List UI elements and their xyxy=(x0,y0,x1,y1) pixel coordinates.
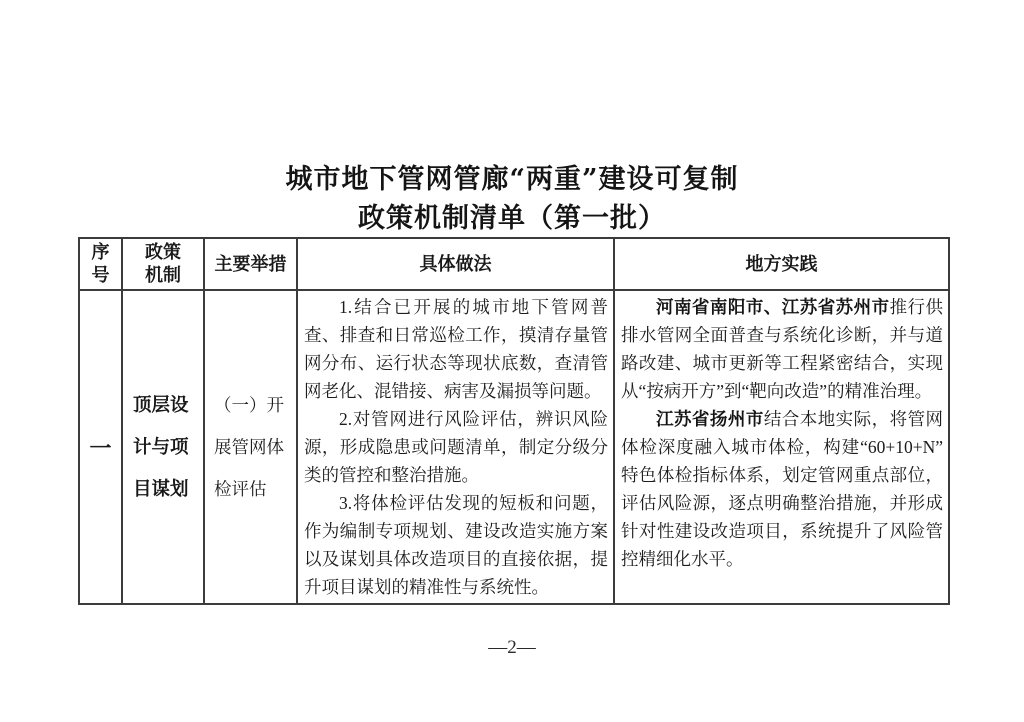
page-number: —2— xyxy=(0,637,1024,659)
column-header-local-practice: 地方实践 xyxy=(614,238,949,290)
cell-local-practice: 河南省南阳市、江苏省苏州市推行供排水管网全面普查与系统化诊断，并与道路改建、城市… xyxy=(614,290,949,604)
local-practice-paragraph-1: 河南省南阳市、江苏省苏州市推行供排水管网全面普查与系统化诊断，并与道路改建、城市… xyxy=(621,293,943,405)
local-practice-paragraph-2: 江苏省扬州市结合本地实际，将管网体检深度融入城市体检，构建“60+10+N”特色… xyxy=(621,405,943,573)
practice-paragraph-3: 3.将体检评估发现的短板和问题，作为编制专项规划、建设改造实施方案以及谋划具体改… xyxy=(304,489,608,601)
policy-table: 序号 政策机制 主要举措 具体做法 地方实践 一 顶层设计与项目谋划 （一）开展… xyxy=(78,237,950,605)
local-practice-text-2: 结合本地实际，将管网体检深度融入城市体检，构建“60+10+N”特色体检指标体系… xyxy=(621,409,943,569)
document-page: 城市地下管网管廊“两重”建设可复制 政策机制清单（第一批） 序号 政策机制 主要… xyxy=(0,0,1024,722)
policy-table-container: 序号 政策机制 主要举措 具体做法 地方实践 一 顶层设计与项目谋划 （一）开展… xyxy=(78,237,948,605)
city-name-bold: 江苏省扬州市 xyxy=(656,409,764,429)
title-line-2: 政策机制清单（第一批） xyxy=(0,199,1024,238)
practice-paragraph-1: 1.结合已开展的城市地下管网普查、排查和日常巡检工作，摸清存量管网分布、运行状态… xyxy=(304,293,608,405)
table-header-row: 序号 政策机制 主要举措 具体做法 地方实践 xyxy=(79,238,949,290)
table-row: 一 顶层设计与项目谋划 （一）开展管网体检评估 1.结合已开展的城市地下管网普查… xyxy=(79,290,949,604)
column-header-practices: 具体做法 xyxy=(297,238,614,290)
column-header-measures: 主要举措 xyxy=(204,238,297,290)
cell-main-measure: （一）开展管网体检评估 xyxy=(204,290,297,604)
practice-paragraph-2: 2.对管网进行风险评估，辨识风险源，形成隐患或问题清单，制定分级分类的管控和整治… xyxy=(304,405,608,489)
title-line-1: 城市地下管网管廊“两重”建设可复制 xyxy=(0,160,1024,199)
document-title: 城市地下管网管廊“两重”建设可复制 政策机制清单（第一批） xyxy=(0,160,1024,238)
column-header-mechanism: 政策机制 xyxy=(122,238,204,290)
cell-specific-practices: 1.结合已开展的城市地下管网普查、排查和日常巡检工作，摸清存量管网分布、运行状态… xyxy=(297,290,614,604)
cell-serial-number: 一 xyxy=(79,290,122,604)
city-names-bold: 河南省南阳市、江苏省苏州市 xyxy=(656,297,890,317)
column-header-index: 序号 xyxy=(79,238,122,290)
cell-policy-mechanism: 顶层设计与项目谋划 xyxy=(122,290,204,604)
